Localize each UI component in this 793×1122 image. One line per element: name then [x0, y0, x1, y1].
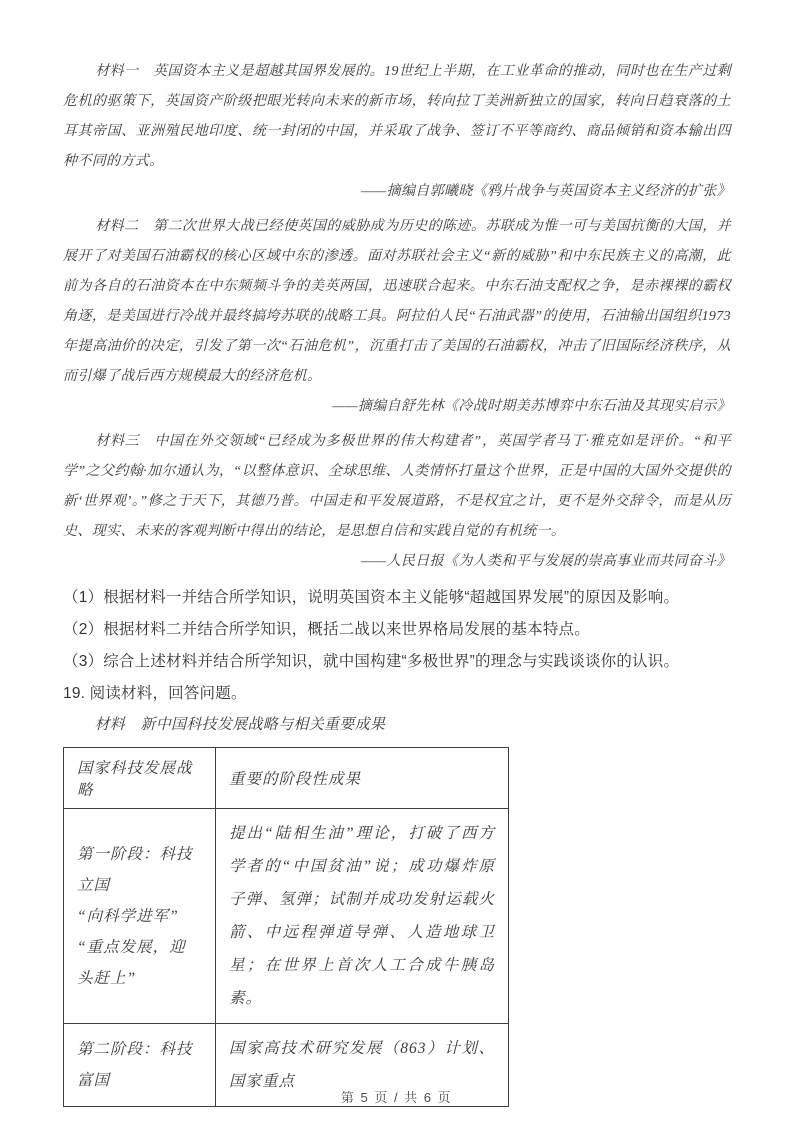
question-19-section: 19. 阅读材料，回答问题。 材料 新中国科技发展战略与相关重要成果 国家科技发… — [63, 678, 731, 1107]
material-1-section: 材料一 英国资本主义是超越其国界发展的。19世纪上半期，在工业革命的推动，同时也… — [63, 57, 731, 207]
table-row: 第一阶段：科技立国 “向科学进军” “重点发展，迎头赶上” 提出“陆相生油”理论… — [64, 809, 509, 1024]
strategy-line: “重点发展，迎头赶上” — [77, 932, 202, 994]
strategy-results-table: 国家科技发展战略 重要的阶段性成果 第一阶段：科技立国 “向科学进军” “重点发… — [63, 747, 509, 1107]
table-header-row: 国家科技发展战略 重要的阶段性成果 — [64, 748, 509, 809]
material-1-attribution: ——摘编自郭曦晓《鸦片战争与英国资本主义经济的扩张》 — [63, 177, 731, 207]
strategy-line: “向科学进军” — [77, 901, 202, 932]
strategy-line: 第一阶段：科技立国 — [77, 839, 202, 901]
achievement-text: 提出“陆相生油”理论，打破了西方学者的“中国贫油”说；成功爆炸原子弹、氢弹；试制… — [229, 817, 495, 1015]
table-header-achievements: 重要的阶段性成果 — [216, 748, 509, 809]
table-cell-strategy-1: 第一阶段：科技立国 “向科学进军” “重点发展，迎头赶上” — [64, 809, 216, 1024]
question-19-heading: 19. 阅读材料，回答问题。 — [63, 678, 731, 709]
material-3-section: 材料三 中国在外交领域“已经成为多极世界的伟大构建者”，英国学者马丁·雅克如是评… — [63, 427, 731, 577]
sub-question-2: （2）根据材料二并结合所学知识，概括二战以来世界格局发展的基本特点。 — [63, 614, 731, 645]
sub-question-3: （3）综合上述材料并结合所学知识，就中国构建“多极世界”的理念与实践谈谈你的认识… — [63, 646, 731, 677]
question-19-material-caption: 材料 新中国科技发展战略与相关重要成果 — [63, 709, 731, 741]
material-3-text: 材料三 中国在外交领域“已经成为多极世界的伟大构建者”，英国学者马丁·雅克如是评… — [63, 427, 731, 547]
material-2-text: 材料二 第二次世界大战已经使英国的威胁成为历史的陈迹。苏联成为惟一可与美国抗衡的… — [63, 212, 731, 392]
material-3-attribution: ——人民日报《为人类和平与发展的崇高事业而共同奋斗》 — [63, 547, 731, 577]
sub-questions-section: （1）根据材料一并结合所学知识，说明英国资本主义能够“超越国界发展”的原因及影响… — [63, 582, 731, 677]
material-2-attribution: ——摘编自舒先林《冷战时期美苏博弈中东石油及其现实启示》 — [63, 392, 731, 422]
material-1-text: 材料一 英国资本主义是超越其国界发展的。19世纪上半期，在工业革命的推动，同时也… — [63, 57, 731, 177]
material-2-section: 材料二 第二次世界大战已经使英国的威胁成为历史的陈迹。苏联成为惟一可与美国抗衡的… — [63, 212, 731, 422]
sub-question-1: （1）根据材料一并结合所学知识，说明英国资本主义能够“超越国界发展”的原因及影响… — [63, 582, 731, 613]
document-page: 材料一 英国资本主义是超越其国界发展的。19世纪上半期，在工业革命的推动，同时也… — [0, 0, 793, 1122]
page-content: 材料一 英国资本主义是超越其国界发展的。19世纪上半期，在工业革命的推动，同时也… — [63, 57, 731, 1107]
table-header-strategy: 国家科技发展战略 — [64, 748, 216, 809]
page-footer: 第 5 页 / 共 6 页 — [0, 1087, 793, 1106]
table-cell-achievement-1: 提出“陆相生油”理论，打破了西方学者的“中国贫油”说；成功爆炸原子弹、氢弹；试制… — [216, 809, 509, 1024]
